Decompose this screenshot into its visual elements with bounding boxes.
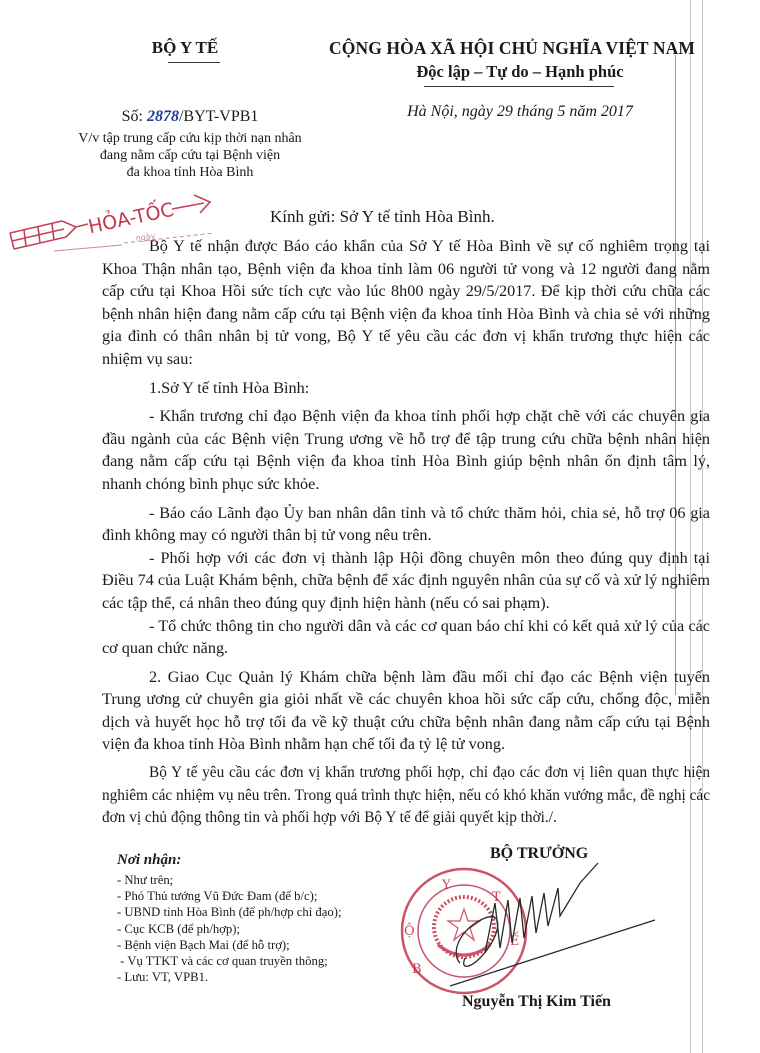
intro-paragraph: Bộ Y tế nhận được Báo cáo khẩn của Sở Y … <box>102 235 710 371</box>
closing-paragraph: Bộ Y tế yêu cầu các đơn vị khẩn trương p… <box>102 762 710 830</box>
svg-text:Ộ: Ộ <box>404 923 415 939</box>
national-motto: Độc lập – Tự do – Hạnh phúc <box>400 62 640 82</box>
motto-underline <box>424 86 614 87</box>
subject-line: đa khoa tỉnh Hòa Bình <box>70 164 310 181</box>
doc-number-handwritten: 2878 <box>147 108 179 125</box>
recipients-title: Nơi nhận: <box>117 852 181 869</box>
section-1-title: 1.Sở Y tế tỉnh Hòa Bình: <box>102 377 710 400</box>
section-1-item: - Báo cáo Lãnh đạo Ủy ban nhân dân tỉnh … <box>102 502 710 547</box>
subject-line: V/v tập trung cấp cứu kịp thời nạn nhân <box>70 130 310 147</box>
recipient-line: Kính gửi: Sở Y tế tỉnh Hòa Bình. <box>270 207 495 227</box>
doc-number-suffix: /BYT-VPB1 <box>179 108 258 125</box>
recipient-item: - Lưu: VT, VPB1. <box>117 969 341 985</box>
issuing-organization: BỘ Y TẾ <box>130 38 240 58</box>
handwritten-signature-icon <box>430 858 660 988</box>
section-1-item: - Tổ chức thông tin cho người dân và các… <box>102 615 710 660</box>
signer-name: Nguyễn Thị Kim Tiến <box>462 993 611 1011</box>
recipient-item: - Bệnh viện Bạch Mai (để hỗ trợ); <box>117 937 341 953</box>
national-title: CỘNG HÒA XÃ HỘI CHỦ NGHĨA VIỆT NAM <box>322 38 702 59</box>
document-subject: V/v tập trung cấp cứu kịp thời nạn nhân … <box>70 130 310 181</box>
doc-number-prefix: Số: <box>122 108 147 125</box>
recipients-list: - Như trên; - Phó Thủ tướng Vũ Đức Đam (… <box>117 872 341 985</box>
organization-underline <box>168 62 220 63</box>
recipient-item: - Cục KCB (để ph/hợp); <box>117 921 341 937</box>
recipient-item: - Như trên; <box>117 872 341 888</box>
recipient-item: - Phó Thủ tướng Vũ Đức Đam (để b/c); <box>117 888 341 904</box>
place-date: Hà Nội, ngày 29 tháng 5 năm 2017 <box>380 103 660 121</box>
svg-text:B: B <box>412 962 422 977</box>
letter-body: Bộ Y tế nhận được Báo cáo khẩn của Sở Y … <box>102 235 710 830</box>
section-2-paragraph: 2. Giao Cục Quản lý Khám chữa bệnh làm đ… <box>102 666 710 756</box>
section-1-item: - Phối hợp với các đơn vị thành lập Hội … <box>102 547 710 615</box>
recipient-item: - Vụ TTKT và các cơ quan truyền thông; <box>117 953 341 969</box>
document-number: Số: 2878/BYT-VPB1 <box>80 108 300 126</box>
section-1-item: - Khẩn trương chỉ đạo Bệnh viện đa khoa … <box>102 405 710 495</box>
subject-line: đang nằm cấp cứu tại Bệnh viện <box>70 147 310 164</box>
svg-text:HỎA-TỐC: HỎA-TỐC <box>85 195 175 238</box>
recipient-item: - UBND tỉnh Hòa Bình (để ph/hợp chỉ đạo)… <box>117 904 341 920</box>
